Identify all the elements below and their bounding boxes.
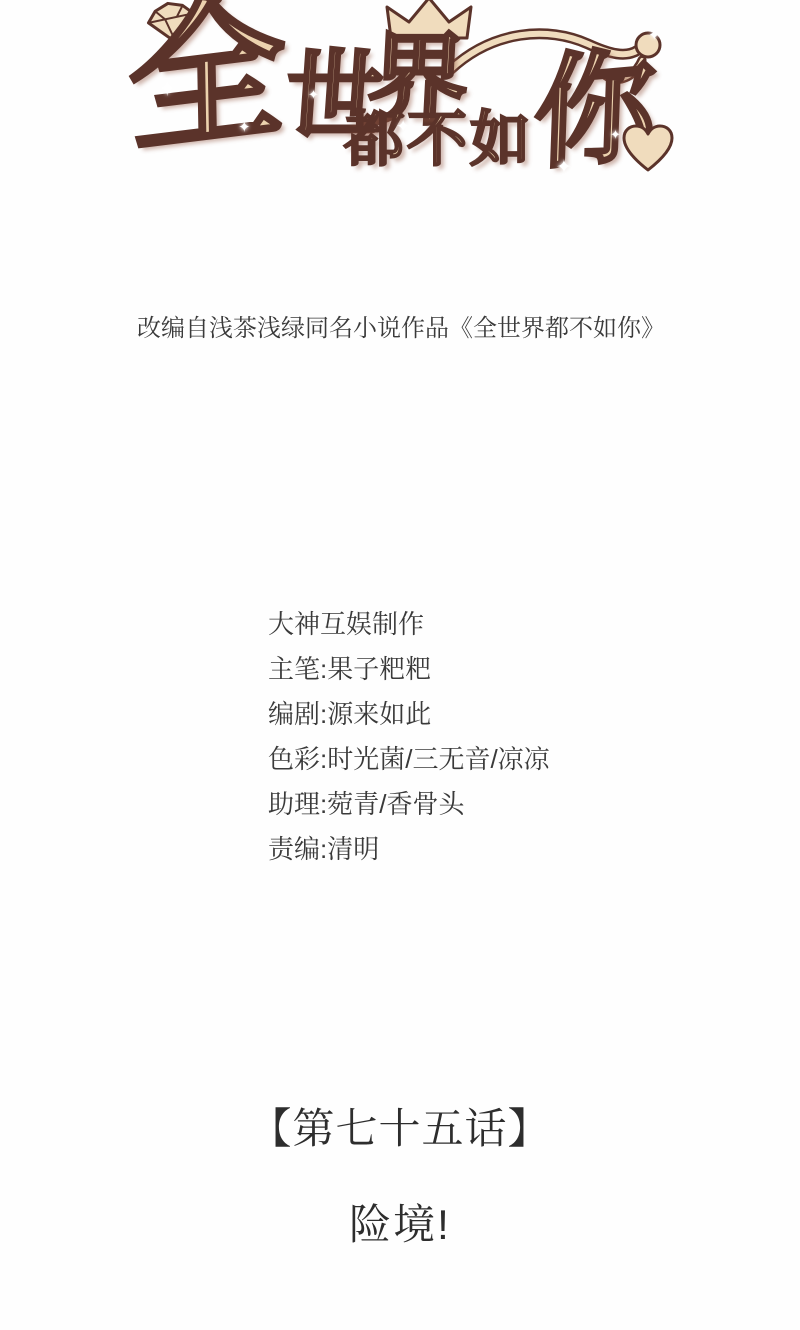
series-logo: 全 世 界 都不如 你 ✦ ✦ ✦ ✦ ✦ ✦ ✦ ✦ [0, 0, 800, 210]
heart-icon [622, 124, 674, 174]
chapter-title: 险境! [0, 1192, 800, 1252]
credit-line: 助理:菀青/香骨头 [268, 782, 550, 827]
comic-title-page: 全 世 界 都不如 你 ✦ ✦ ✦ ✦ ✦ ✦ ✦ ✦ 改编自浅茶浅绿同名小说作… [0, 0, 800, 1330]
credit-line: 主笔:果子粑粑 [268, 647, 550, 692]
adaptation-credit: 改编自浅茶浅绿同名小说作品《全世界都不如你》 [137, 308, 665, 343]
credit-line: 大神互娱制作 [268, 602, 550, 647]
chapter-number: 【第七十五话】 [0, 1096, 800, 1156]
credit-line: 责编:清明 [268, 827, 550, 872]
logo-char-quan: 全 [127, 0, 287, 164]
credits-block: 大神互娱制作 主笔:果子粑粑 编剧:源来如此 色彩:时光菌/三无音/凉凉 助理:… [268, 602, 550, 872]
credit-line: 色彩:时光菌/三无音/凉凉 [268, 737, 550, 782]
credit-line: 编剧:源来如此 [268, 692, 550, 737]
logo-chars-du-bu-ru: 都不如 [344, 110, 533, 170]
